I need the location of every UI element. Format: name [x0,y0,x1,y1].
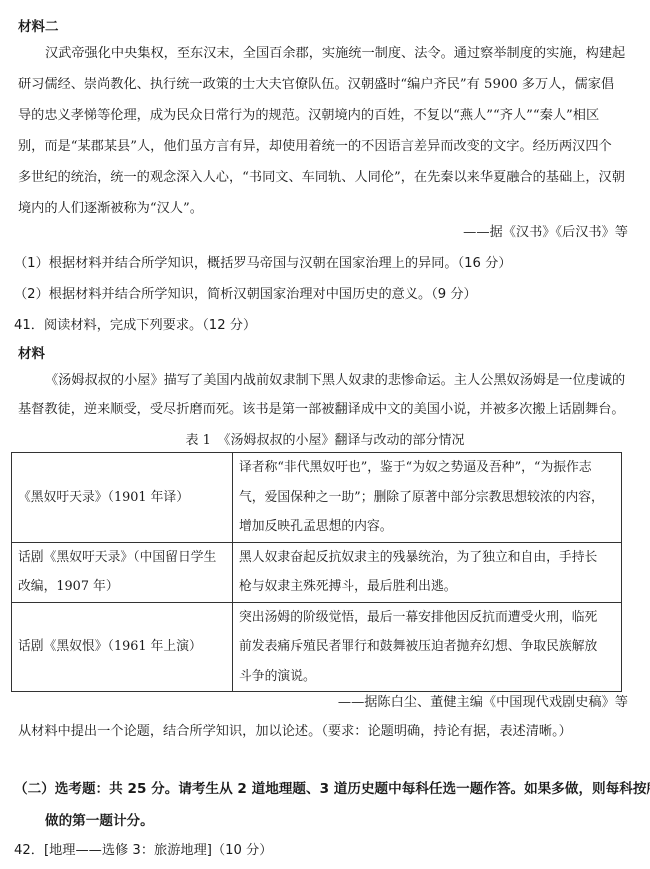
work-line: 话剧《黑奴吁天录》（中国留日学生 [18,543,226,573]
table-cell-description: 突出汤姆的阶级觉悟，最后一幕安排他因反抗而遭受火刑，临死 前发表痛斥殖民者罪行和… [233,602,622,692]
table-caption: 表 1 《汤姆叔叔的小屋》翻译与改动的部分情况 [0,429,650,448]
table-cell-description: 黑人奴隶奋起反抗奴隶主的残暴统治，为了独立和自由，手持长 枪与奴隶主殊死搏斗，最… [233,542,622,602]
table-cell-work: 《黑奴吁天录》（1901 年译） [12,453,233,543]
description-line: 气，爱国保种之一助”；删除了原著中部分宗教思想较浓的内容， [239,483,615,513]
table-cell-work: 话剧《黑奴吁天录》（中国留日学生 改编，1907 年） [12,542,233,602]
question-41-prompt: 41．阅读材料，完成下列要求。（12 分） [14,317,256,335]
section-2-instructions-line-2: 做的第一题计分。 [45,812,154,830]
question-42-title: 42．[地理——选修 3：旅游地理]（10 分） [14,842,272,860]
paragraph-line: 别，而是“某郡某县”人，他们虽方言有异，却使用着统一的不因语言差异而改变的文字。… [18,138,612,156]
table-cell-description: 译者称“非代黑奴吁也”，鉴于“为奴之势逼及吾种”，“为振作志 气，爱国保种之一助… [233,453,622,543]
question-41-source: ——据陈白尘、董健主编《中国现代戏剧史稿》等 [338,694,628,712]
description-line: 增加反映孔孟思想的内容。 [239,512,615,542]
question-41-material-heading: 材料 [18,345,45,363]
description-line: 枪与奴隶主殊死搏斗，最后胜利出逃。 [239,572,615,602]
question-41-task: 从材料中提出一个论题，结合所学知识，加以论述。（要求：论题明确，持论有据，表述清… [18,723,572,741]
paragraph-line: 导的忠义孝悌等伦理，成为民众日常行为的规范。汉朝境内的百姓，不复以“燕人”“齐人… [18,107,599,125]
paragraph-line: 境内的人们逐渐被称为“汉人”。 [18,200,203,218]
question-40-part-2: （2）根据材料并结合所学知识，简析汉朝国家治理对中国历史的意义。（9 分） [14,286,477,304]
paragraph-line: 《汤姆叔叔的小屋》描写了美国内战前奴隶制下黑人奴隶的悲惨命运。主人公黑奴汤姆是一… [45,372,625,390]
paragraph-line: 汉武帝强化中央集权，至东汉末，全国百余郡，实施统一制度、法令。通过察举制度的实施… [45,45,625,63]
material-2-heading: 材料二 [18,18,59,36]
description-line: 译者称“非代黑奴吁也”，鉴于“为奴之势逼及吾种”，“为振作志 [239,453,615,483]
material-2-source: ——据《汉书》《后汉书》等 [463,224,628,242]
section-2-instructions-line-1: （二）选考题：共 25 分。请考生从 2 道地理题、3 道历史题中每科任选一题作… [14,780,650,798]
description-line: 突出汤姆的阶级觉悟，最后一幕安排他因反抗而遭受火刑，临死 [239,603,615,633]
paragraph-line: 基督教徒，逆来顺受，受尽折磨而死。该书是第一部被翻译成中文的美国小说，并被多次搬… [18,401,625,419]
description-line: 黑人奴隶奋起反抗奴隶主的残暴统治，为了独立和自由，手持长 [239,543,615,573]
paragraph-line: 多世纪的统治，统一的观念深入人心，“书同文、车同轨、人同伦”，在先秦以来华夏融合… [18,169,625,187]
work-line: 改编，1907 年） [18,572,226,602]
description-line: 前发表痛斥殖民者罪行和鼓舞被压迫者抛弃幻想、争取民族解放 [239,632,615,662]
table-cell-work: 话剧《黑奴恨》（1961 年上演） [12,602,233,692]
question-40-part-1: （1）根据材料并结合所学知识，概括罗马帝国与汉朝在国家治理上的异同。（16 分） [14,255,512,273]
table-row: 《黑奴吁天录》（1901 年译） 译者称“非代黑奴吁也”，鉴于“为奴之势逼及吾种… [12,453,622,543]
paragraph-line: 研习儒经、崇尚教化、执行统一政策的士大夫官僚队伍。汉朝盛时“编户齐民”有 590… [18,76,614,94]
translation-table: 《黑奴吁天录》（1901 年译） 译者称“非代黑奴吁也”，鉴于“为奴之势逼及吾种… [11,452,622,692]
description-line: 斗争的演说。 [239,662,615,692]
table-row: 话剧《黑奴恨》（1961 年上演） 突出汤姆的阶级觉悟，最后一幕安排他因反抗而遭… [12,602,622,692]
table-row: 话剧《黑奴吁天录》（中国留日学生 改编，1907 年） 黑人奴隶奋起反抗奴隶主的… [12,542,622,602]
